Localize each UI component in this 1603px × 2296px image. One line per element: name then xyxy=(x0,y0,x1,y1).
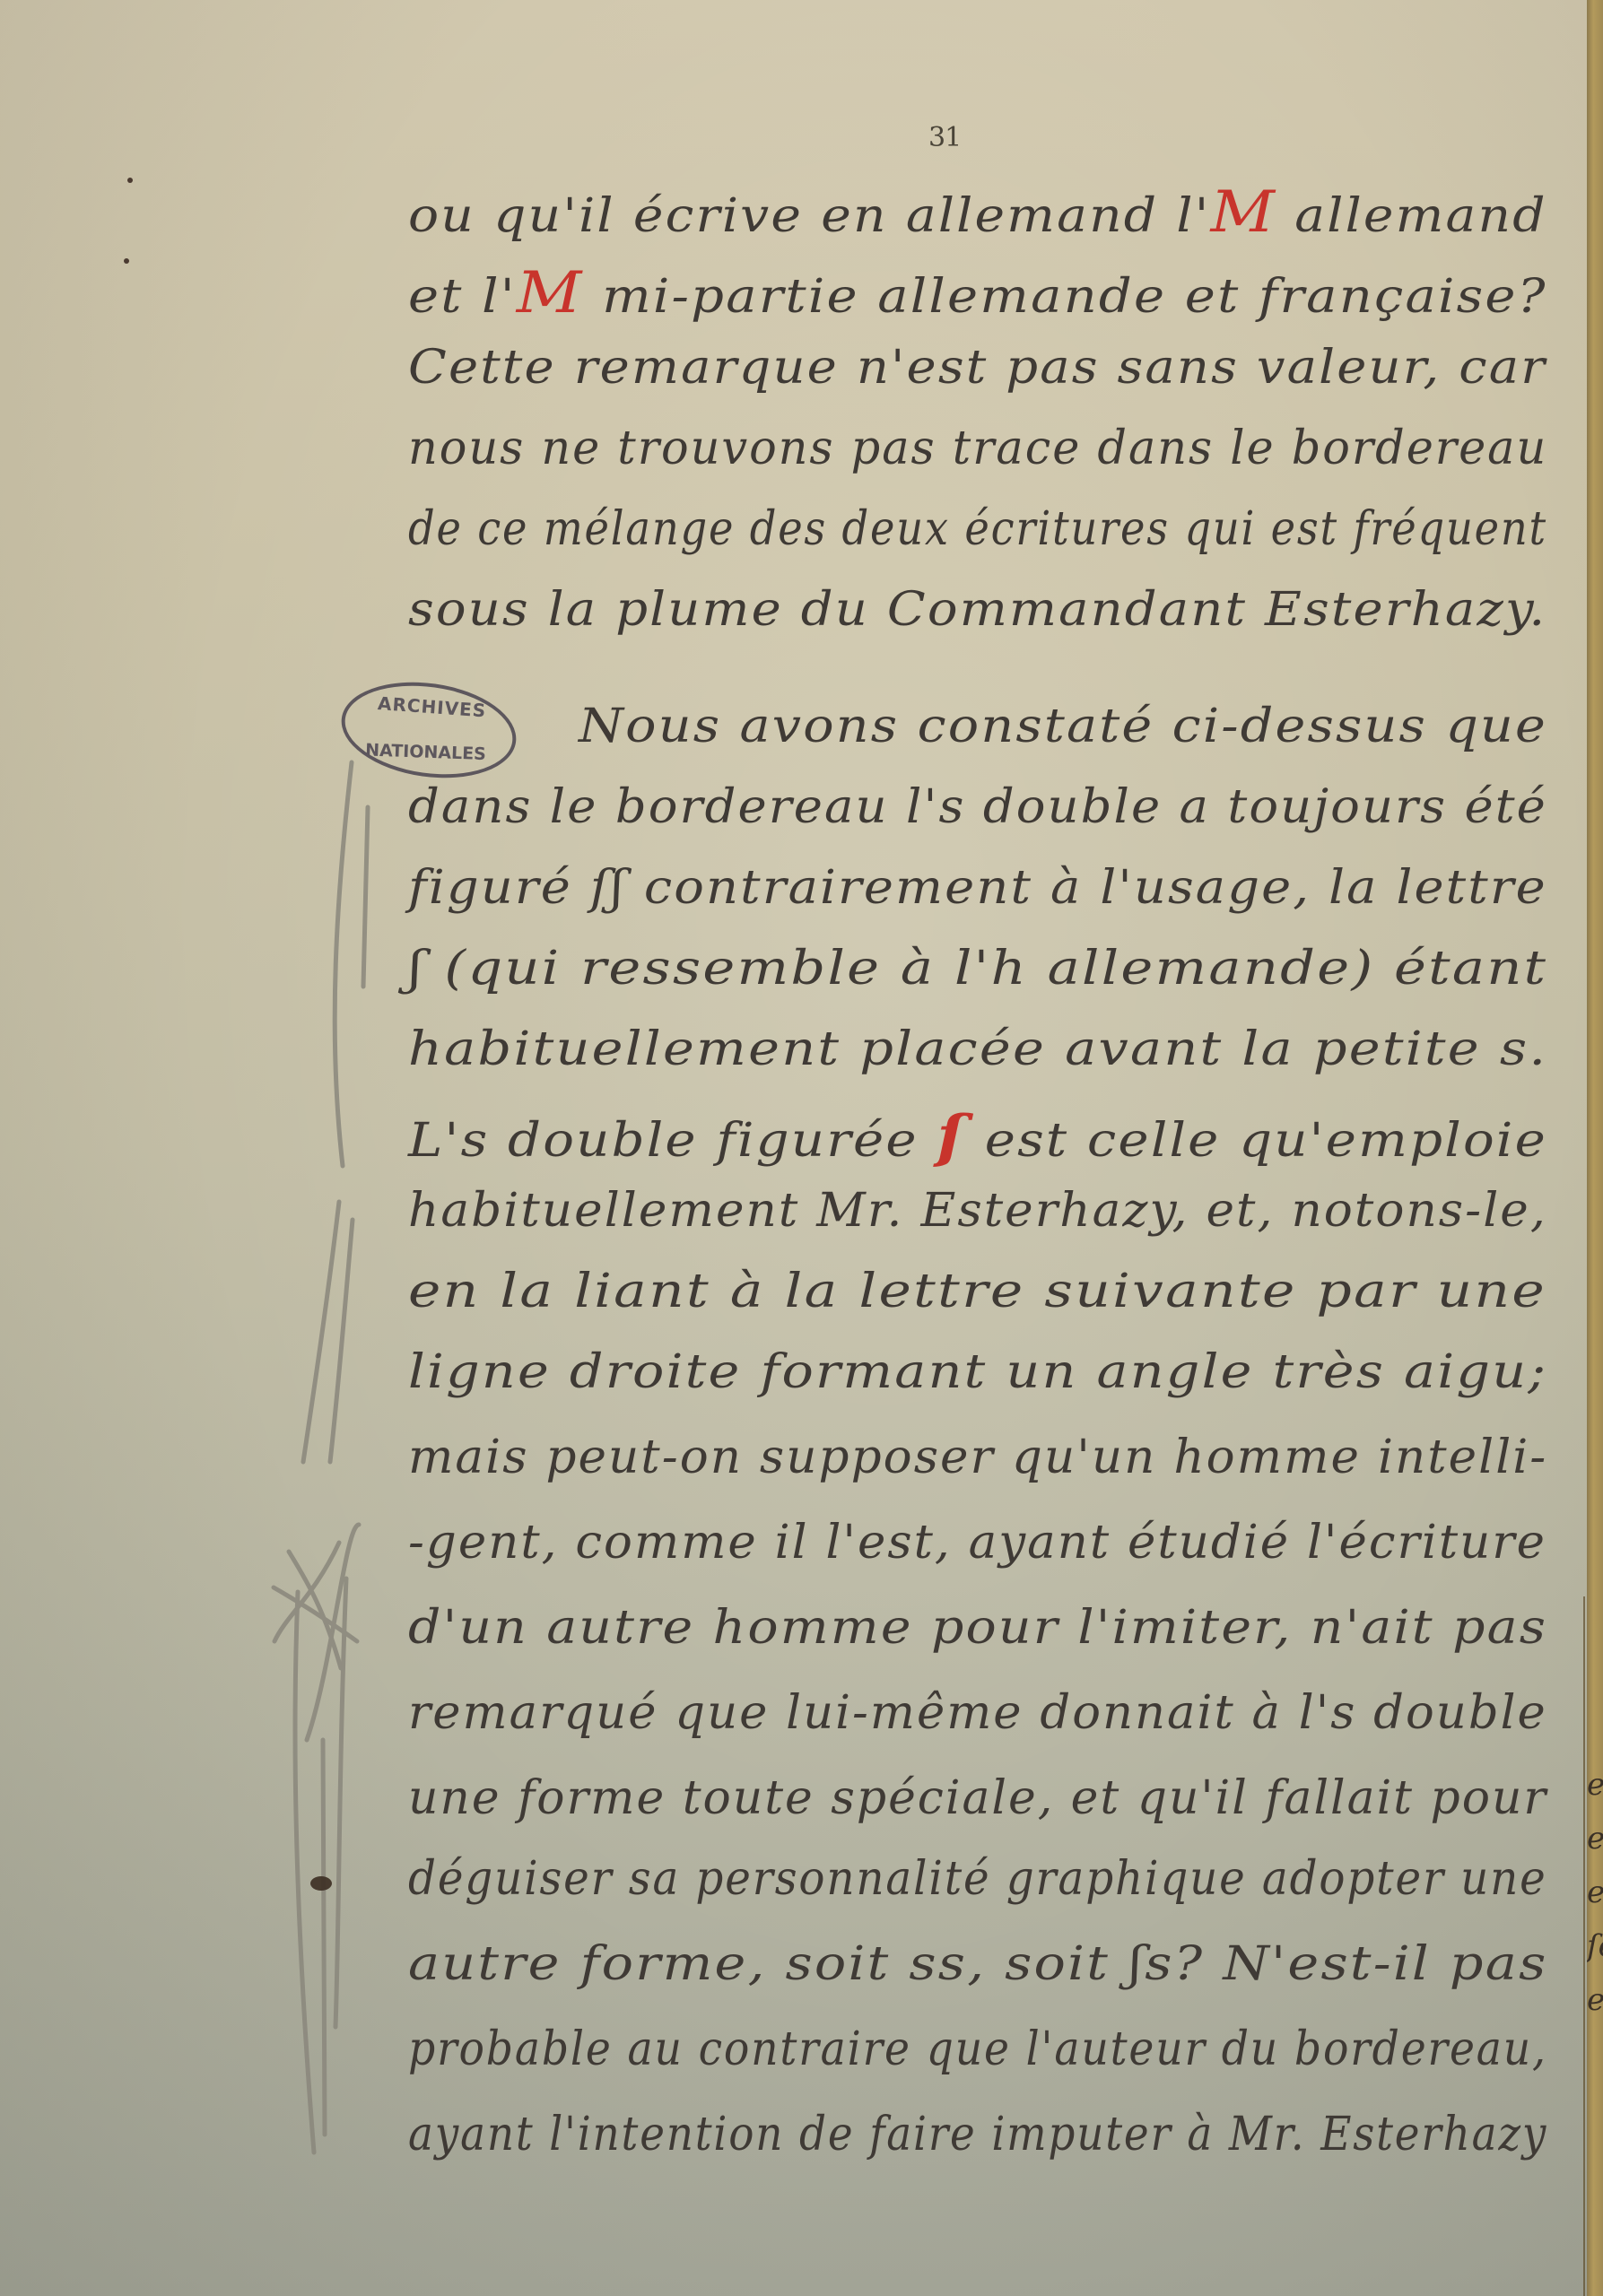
text-line: dans le bordereau l's double a toujours … xyxy=(408,780,1547,834)
text-line: de ce mélange des deux écritures qui est… xyxy=(408,502,1547,556)
red-m-letter: M xyxy=(1210,179,1276,246)
archives-nationales-stamp: ARCHIVES NATIONALES xyxy=(335,672,523,788)
text-line: mais peut-on supposer qu'un homme intell… xyxy=(408,1431,1547,1484)
paper-hole xyxy=(310,1876,332,1891)
text-line: habituellement placée avant la petite s. xyxy=(408,1022,1547,1076)
text-line: L's double figurée ſ est celle qu'emploi… xyxy=(408,1103,1547,1170)
text-line: et l'M mi-partie allemande et française? xyxy=(408,260,1547,326)
page-number: 31 xyxy=(928,122,961,153)
adjacent-page-text: e e e ſe e xyxy=(1587,1758,1603,2296)
red-m-letter: M xyxy=(517,260,584,326)
adjacent-fragment: e xyxy=(1587,1758,1603,1812)
adjacent-fragment: e xyxy=(1587,1812,1603,1865)
text-line: déguiser sa personnalité graphique adopt… xyxy=(408,1852,1547,1906)
page-gutter-line xyxy=(1583,1596,1585,2296)
ink-spot xyxy=(124,258,129,264)
text-line: habituellement Mr. Esterhazy, et, notons… xyxy=(408,1184,1547,1238)
ink-spot xyxy=(127,178,133,183)
text-line: probable au contraire que l'auteur du bo… xyxy=(408,2022,1547,2076)
stamp-bottom-text: NATIONALES xyxy=(341,739,510,765)
adjacent-fragment: ſe xyxy=(1587,1919,1603,1973)
text-line: ʃ (qui ressemble à l'h allemande) étant xyxy=(408,942,1547,996)
text-line: sous la plume du Commandant Esterhazy. xyxy=(408,583,1546,637)
text-line: ayant l'intention de faire imputer à Mr.… xyxy=(408,2108,1547,2161)
text-line: Cette remarque n'est pas sans valeur, ca… xyxy=(408,341,1546,395)
adjacent-fragment: e xyxy=(1587,1865,1603,1919)
text-line: ligne droite formant un angle très aigu; xyxy=(408,1345,1547,1399)
text-line: ou qu'il écrive en allemand l'M allemand xyxy=(408,179,1547,246)
text-line: d'un autre homme pour l'imiter, n'ait pa… xyxy=(408,1601,1547,1655)
text-line: en la liant à la lettre suivante par une xyxy=(408,1265,1546,1318)
text-line: remarqué que lui-même donnait à l's doub… xyxy=(408,1686,1547,1740)
text-line: figuré ſʃ contrairement à l'usage, la le… xyxy=(408,861,1547,915)
text-line: -gent, comme il l'est, ayant étudié l'éc… xyxy=(408,1516,1546,1570)
stamp-top-text: ARCHIVES xyxy=(347,691,517,724)
text-line: nous ne trouvons pas trace dans le borde… xyxy=(408,422,1547,475)
red-double-s-mark: ſ xyxy=(937,1103,966,1170)
adjacent-fragment: e xyxy=(1587,1973,1603,2027)
text-line: autre forme, soit ss, soit ʃs? N'est-il … xyxy=(408,1937,1547,1991)
paragraph-start-line: Nous avons constaté ci-dessus que xyxy=(579,700,1547,753)
text-line: une forme toute spéciale, et qu'il falla… xyxy=(408,1771,1547,1825)
